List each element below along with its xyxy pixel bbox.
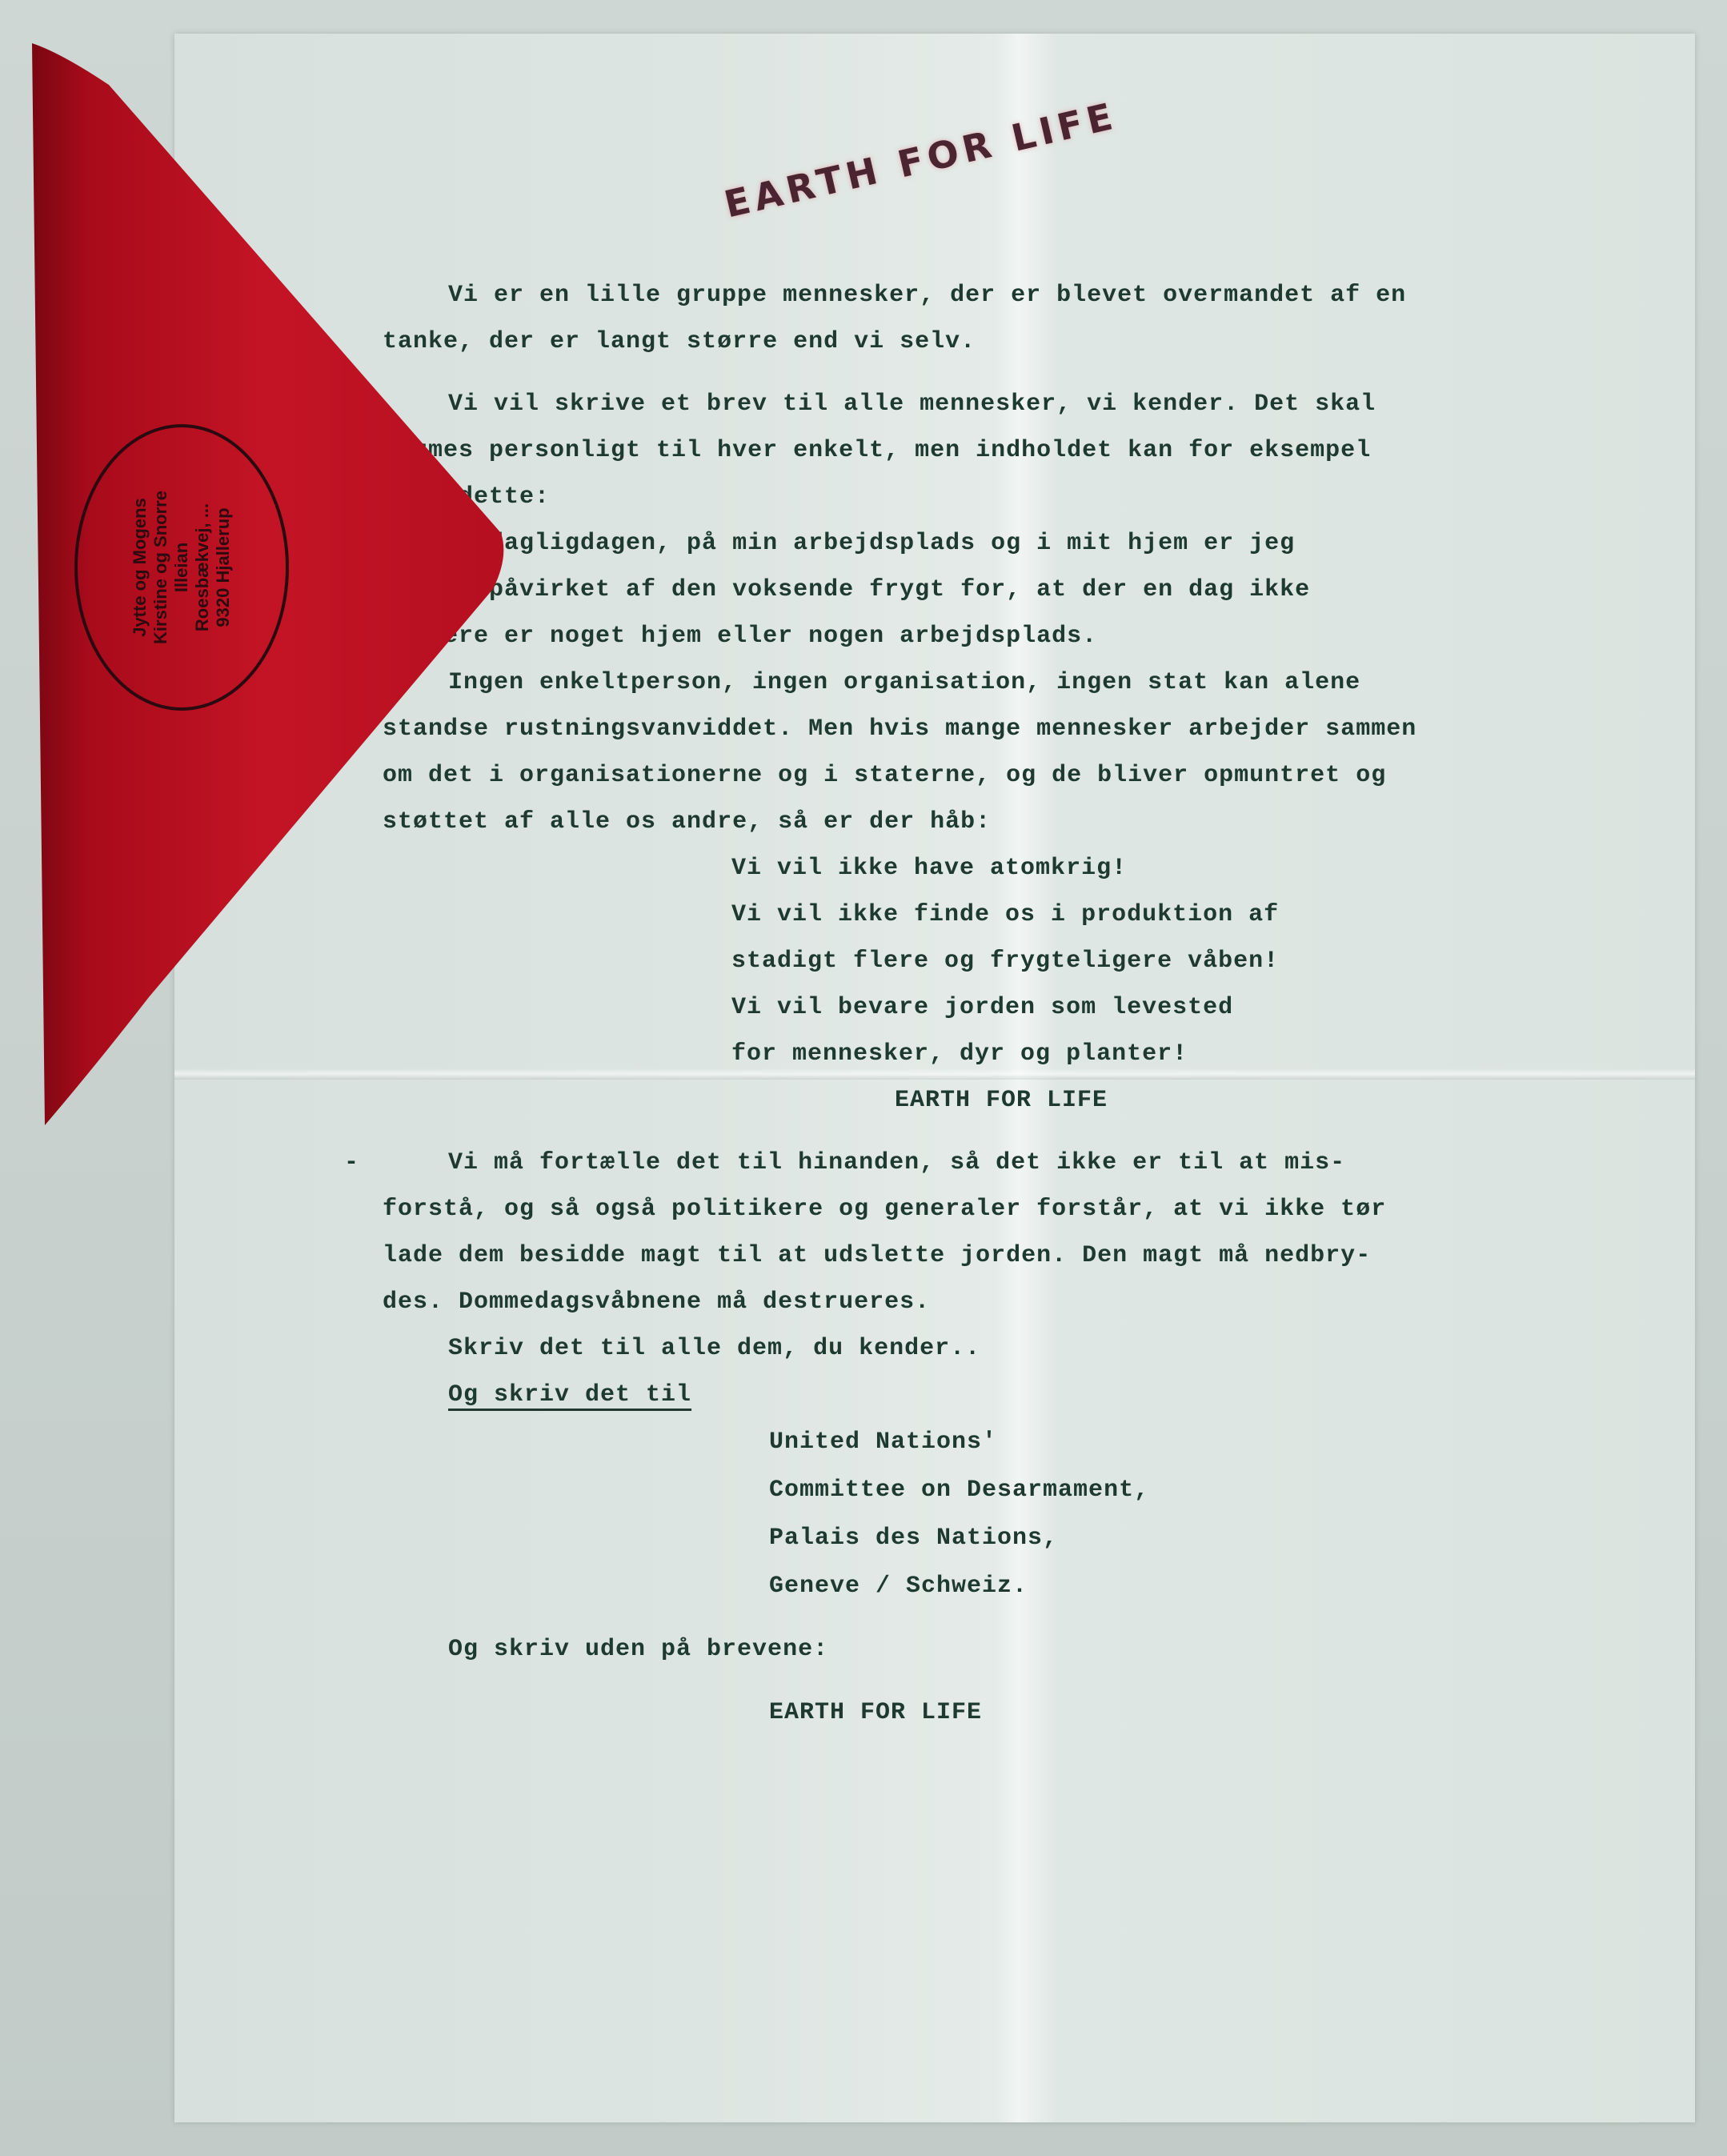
paragraph-tell-line-1: -Vi må fortælle det til hinanden, så det… bbox=[383, 1140, 1503, 1186]
address-line-4: Geneve / Schweiz. bbox=[383, 1562, 1503, 1610]
letter-body: Vi er en lille gruppe mennesker, der er … bbox=[383, 272, 1503, 1737]
seal-text: Jytte og Mogens Kirstine og Snorre Illei… bbox=[130, 491, 234, 644]
declaration-2-line-2: stadigt flere og frygteligere våben! bbox=[383, 938, 1503, 984]
paragraph-letter-line-3: være dette: bbox=[383, 474, 1503, 520]
declaration-3-line-2: for mennesker, dyr og planter! bbox=[383, 1031, 1503, 1077]
declaration-1: Vi vil ikke have atomkrig! bbox=[383, 845, 1503, 892]
paragraph-hope-line-3: om det i organisationerne og i staterne,… bbox=[383, 752, 1503, 799]
seal-line-3: Illeian bbox=[171, 491, 192, 644]
paragraph-tell-line-2: forstå, og så også politikere og general… bbox=[383, 1186, 1503, 1232]
paragraph-hope-line-1: Ingen enkeltperson, ingen organisation, … bbox=[383, 659, 1503, 706]
write-to-all: Skriv det til alle dem, du kender.. bbox=[383, 1325, 1503, 1372]
paragraph-fear-line-1: Midt i dagligdagen, på min arbejdsplads … bbox=[383, 520, 1503, 567]
paragraph-tell-line-1-text: Vi må fortælle det til hinanden, så det … bbox=[448, 1149, 1345, 1176]
write-to-label-text: Og skriv det til bbox=[448, 1381, 691, 1409]
envelope-text: EARTH FOR LIFE bbox=[383, 1689, 1503, 1737]
address-line-3: Palais des Nations, bbox=[383, 1514, 1503, 1562]
seal-line-2: Kirstine og Snorre bbox=[150, 491, 171, 644]
paragraph-hope-line-4: støttet af alle os andre, så er der håb: bbox=[383, 799, 1503, 845]
paragraph-fear-line-3: længere er noget hjem eller nogen arbejd… bbox=[383, 613, 1503, 659]
address-line-2: Committee on Desarmament, bbox=[383, 1466, 1503, 1514]
signature: EARTH FOR LIFE bbox=[383, 1077, 1503, 1124]
declaration-2-line-1: Vi vil ikke finde os i produktion af bbox=[383, 892, 1503, 938]
write-to-label: Og skriv det til bbox=[383, 1372, 1503, 1418]
paragraph-letter-line-1: Vi vil skrive et brev til alle mennesker… bbox=[383, 381, 1503, 427]
dash-mark: - bbox=[344, 1140, 359, 1186]
paragraph-hope-line-2: standse rustningsvanviddet. Men hvis man… bbox=[383, 706, 1503, 752]
paragraph-intro-line-1: Vi er en lille gruppe mennesker, der er … bbox=[383, 272, 1503, 319]
seal-line-1: Jytte og Mogens bbox=[130, 491, 150, 644]
declaration-3-line-1: Vi vil bevare jorden som levested bbox=[383, 984, 1503, 1031]
paragraph-letter-line-2: formes personligt til hver enkelt, men i… bbox=[383, 427, 1503, 474]
seal-line-4: Roesbækvej, ... bbox=[192, 491, 213, 644]
paragraph-fear-line-2: blevet påvirket af den voksende frygt fo… bbox=[383, 567, 1503, 613]
paragraph-tell-line-4: des. Dommedagsvåbnene må destrueres. bbox=[383, 1279, 1503, 1325]
envelope-instruction: Og skriv uden på brevene: bbox=[383, 1626, 1503, 1673]
seal-line-5: 9320 Hjallerup bbox=[213, 491, 234, 644]
paragraph-intro-line-2: tanke, der er langt større end vi selv. bbox=[383, 319, 1503, 365]
paragraph-tell-line-3: lade dem besidde magt til at udslette jo… bbox=[383, 1232, 1503, 1279]
address-seal-stamp: Jytte og Mogens Kirstine og Snorre Illei… bbox=[74, 424, 289, 711]
address-line-1: United Nations' bbox=[383, 1418, 1503, 1466]
